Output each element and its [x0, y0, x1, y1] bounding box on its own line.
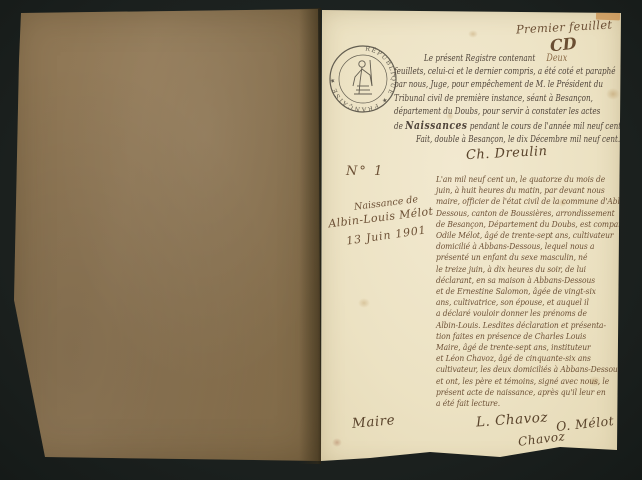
act-body-handwriting: L'an mil neuf cent un, le quatorze du mo… — [436, 174, 636, 409]
header-line-6-prefix: de — [394, 122, 405, 132]
body-line: juin, à huit heures du matin, par devant… — [436, 185, 616, 196]
body-line: Albin-Louis. Lesdites déclaration et pré… — [436, 320, 616, 331]
binding-fold-shadow — [299, 8, 321, 464]
judge-signature: Ch. Dreulin — [466, 144, 548, 163]
body-line: a déclaré vouloir donner les prénoms de — [436, 308, 616, 319]
republique-francaise-stamp: RÉPUBLIQUE ★ FRANÇAISE ★ — [326, 42, 400, 116]
register-page: Premier feuillet CD RÉPUBLIQUE ★ FRANÇAI… — [318, 8, 624, 468]
header-line-2: feuillets, celui-ci et le dernier compri… — [394, 66, 586, 79]
foxing-spot — [332, 438, 342, 447]
body-line: Maire, âgé de trente-sept ans, institute… — [436, 342, 616, 353]
witness-signature-maire: Maire — [351, 412, 395, 432]
body-line: tion faites en présence de Charles Louis — [436, 331, 616, 342]
printed-header-paragraph: Le présent Registre contenantDeux feuill… — [394, 52, 634, 147]
header-line-4: Tribunal civil de première instance, séa… — [394, 93, 586, 106]
body-line: maire, officier de l'état civil de la co… — [436, 196, 616, 207]
scanned-register-photo: { "doc": { "top_note": "Premier feuillet… — [0, 0, 642, 480]
top-note-premier-feuillet: Premier feuillet — [516, 17, 613, 36]
kraft-paper-cover — [13, 8, 321, 463]
body-line: présent acte de naissance, après qu'il l… — [436, 387, 616, 398]
bottom-signature: Chavoz — [517, 429, 566, 449]
body-line: et de Ernestine Salomon, âgée de vingt-s… — [436, 286, 616, 297]
header-line-1: Le présent Registre contenantDeux — [424, 52, 592, 66]
body-line: ans, cultivatrice, son épouse, et auquel… — [436, 297, 616, 308]
foxing-spot — [358, 298, 370, 308]
header-feuillet-count-handwritten: Deux — [546, 53, 567, 64]
body-line: Odile Mélot, âgé de trente-sept ans, cul… — [436, 230, 616, 241]
act-number: N° 1 — [346, 164, 384, 179]
body-line: a été fait lecture. — [436, 398, 616, 409]
body-line: Dessous, canton de Boussières, arrondiss… — [436, 208, 616, 219]
header-line-6-suffix: pendant le cours de l'année mil neuf cen… — [467, 122, 635, 132]
body-line: déclarant, en sa maison à Abbans-Dessous — [436, 275, 616, 286]
margin-date: 13 Juin 1901 — [345, 223, 427, 247]
body-line: et Léon Chavoz, âgé de cinquante-six ans — [436, 353, 616, 364]
body-line: cultivateur, les deux domiciliés à Abban… — [436, 364, 616, 375]
body-line: L'an mil neuf cent un, le quatorze du mo… — [436, 174, 616, 185]
stamp-figure — [353, 60, 372, 94]
header-line-1-printed: Le présent Registre contenant — [424, 54, 535, 64]
body-line: de Besançon, Département du Doubs, est c… — [436, 219, 616, 230]
body-line: présenté un enfant du sexe masculin, né — [436, 252, 616, 263]
header-line-3: par nous, Juge, pour empêchement de M. l… — [394, 79, 586, 92]
naissances-title: Naissances — [405, 118, 467, 132]
body-line: le treize juin, à dix heures du soir, de… — [436, 264, 616, 275]
witness-signature-chavoz: L. Chavoz — [476, 410, 549, 431]
body-line: domicilié à Abbans-Dessous, lequel nous … — [436, 241, 616, 252]
header-line-6: de Naissances pendant le cours de l'anné… — [394, 119, 586, 134]
body-line: et ont, les père et témoins, signé avec … — [436, 376, 616, 387]
foxing-spot — [468, 30, 478, 38]
